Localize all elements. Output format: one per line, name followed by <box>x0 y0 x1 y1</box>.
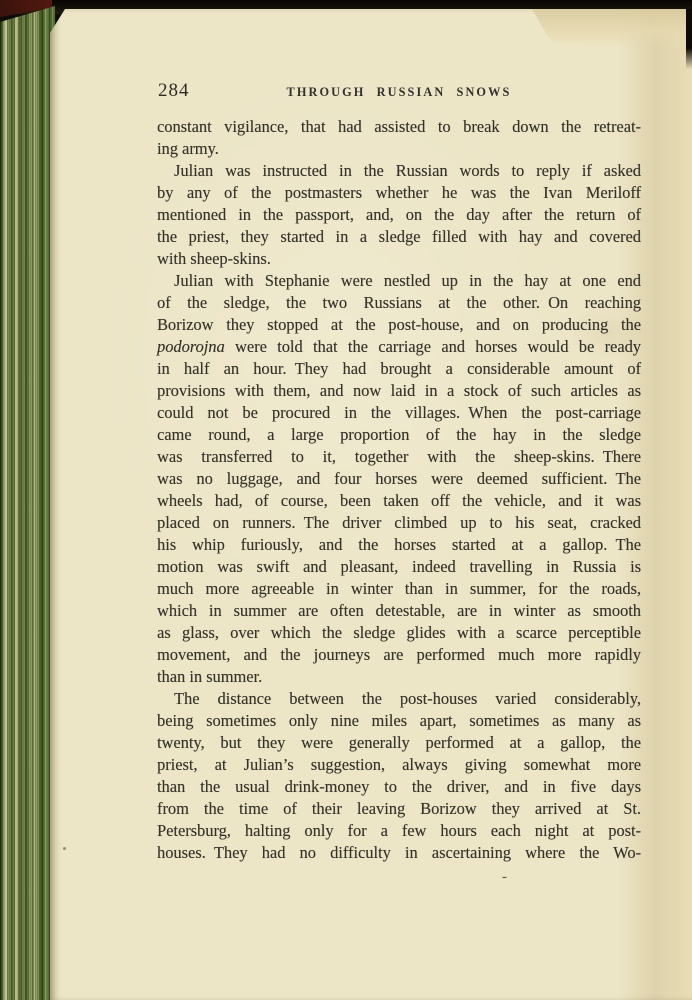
text-line: by any of the postmasters whether he was… <box>157 182 641 204</box>
page-body: constant vigilance, that had assisted to… <box>157 80 641 864</box>
page-content: 284 THROUGH RUSSIAN SNOWS constant vigil… <box>157 80 641 864</box>
text-line: the priest, they started in a sledge fil… <box>157 226 641 248</box>
text-line: Julian with Stephanie were nestled up in… <box>157 270 641 292</box>
text-line: provisions with them, and now laid in a … <box>157 380 641 402</box>
photo-right-edge <box>686 9 692 69</box>
text-line: priest, at Julian’s suggestion, always g… <box>157 754 641 776</box>
text-line: from the time of their leaving Borizow t… <box>157 798 641 820</box>
book-page: 284 THROUGH RUSSIAN SNOWS constant vigil… <box>50 9 692 1000</box>
text-line: being sometimes only nine miles apart, s… <box>157 710 641 732</box>
ink-speck <box>63 847 66 850</box>
text-line: twenty, but they were generally performe… <box>157 732 641 754</box>
page-top-shadow <box>532 9 692 47</box>
paragraph: The distance between the post-houses var… <box>157 688 641 864</box>
stray-mark: - <box>502 869 507 886</box>
text-line: much more agreeable in winter than in su… <box>157 578 641 600</box>
text-line: was transferred to it, together with the… <box>157 446 641 468</box>
text-line: than in summer. <box>157 666 641 688</box>
text-line: came round, a large proportion of the ha… <box>157 424 641 446</box>
text-line: as glass, over which the sledge glides w… <box>157 622 641 644</box>
text-line: could not be procured in the villages. W… <box>157 402 641 424</box>
paragraph: Julian was instructed in the Russian wor… <box>157 160 641 270</box>
italic-word: podorojna <box>157 337 225 356</box>
text-line: houses. They had no difficulty in ascert… <box>157 842 641 864</box>
text-line: constant vigilance, that had assisted to… <box>157 116 641 138</box>
text-line: movement, and the journeys are performed… <box>157 644 641 666</box>
text-line: mentioned in the passport, and, on the d… <box>157 204 641 226</box>
text-line: of the sledge, the two Russians at the o… <box>157 292 641 314</box>
text-line: motion was swift and pleasant, indeed tr… <box>157 556 641 578</box>
text-line: with sheep-skins. <box>157 248 641 270</box>
text-line: Petersburg, halting only for a few hours… <box>157 820 641 842</box>
book-scan: 284 THROUGH RUSSIAN SNOWS constant vigil… <box>0 0 692 1000</box>
text-line: than the usual drink-money to the driver… <box>157 776 641 798</box>
text-line: podorojna were told that the carriage an… <box>157 336 641 358</box>
text-line: Borizow they stopped at the post-house, … <box>157 314 641 336</box>
paragraph: constant vigilance, that had assisted to… <box>157 116 641 160</box>
text-line: was no luggage, and four horses were dee… <box>157 468 641 490</box>
text-line: his whip furiously, and the horses start… <box>157 534 641 556</box>
text-line: placed on runners. The driver climbed up… <box>157 512 641 534</box>
text-line: Julian was instructed in the Russian wor… <box>157 160 641 182</box>
paragraph: Julian with Stephanie were nestled up in… <box>157 270 641 688</box>
text-line: wheels had, of course, been taken off th… <box>157 490 641 512</box>
text-line: ing army. <box>157 138 641 160</box>
running-title: THROUGH RUSSIAN SNOWS <box>157 85 641 100</box>
text-line: which in summer are often detestable, ar… <box>157 600 641 622</box>
page-fore-edges <box>0 6 55 1000</box>
text-line: The distance between the post-houses var… <box>157 688 641 710</box>
text-line: in half an hour. They had brought a cons… <box>157 358 641 380</box>
